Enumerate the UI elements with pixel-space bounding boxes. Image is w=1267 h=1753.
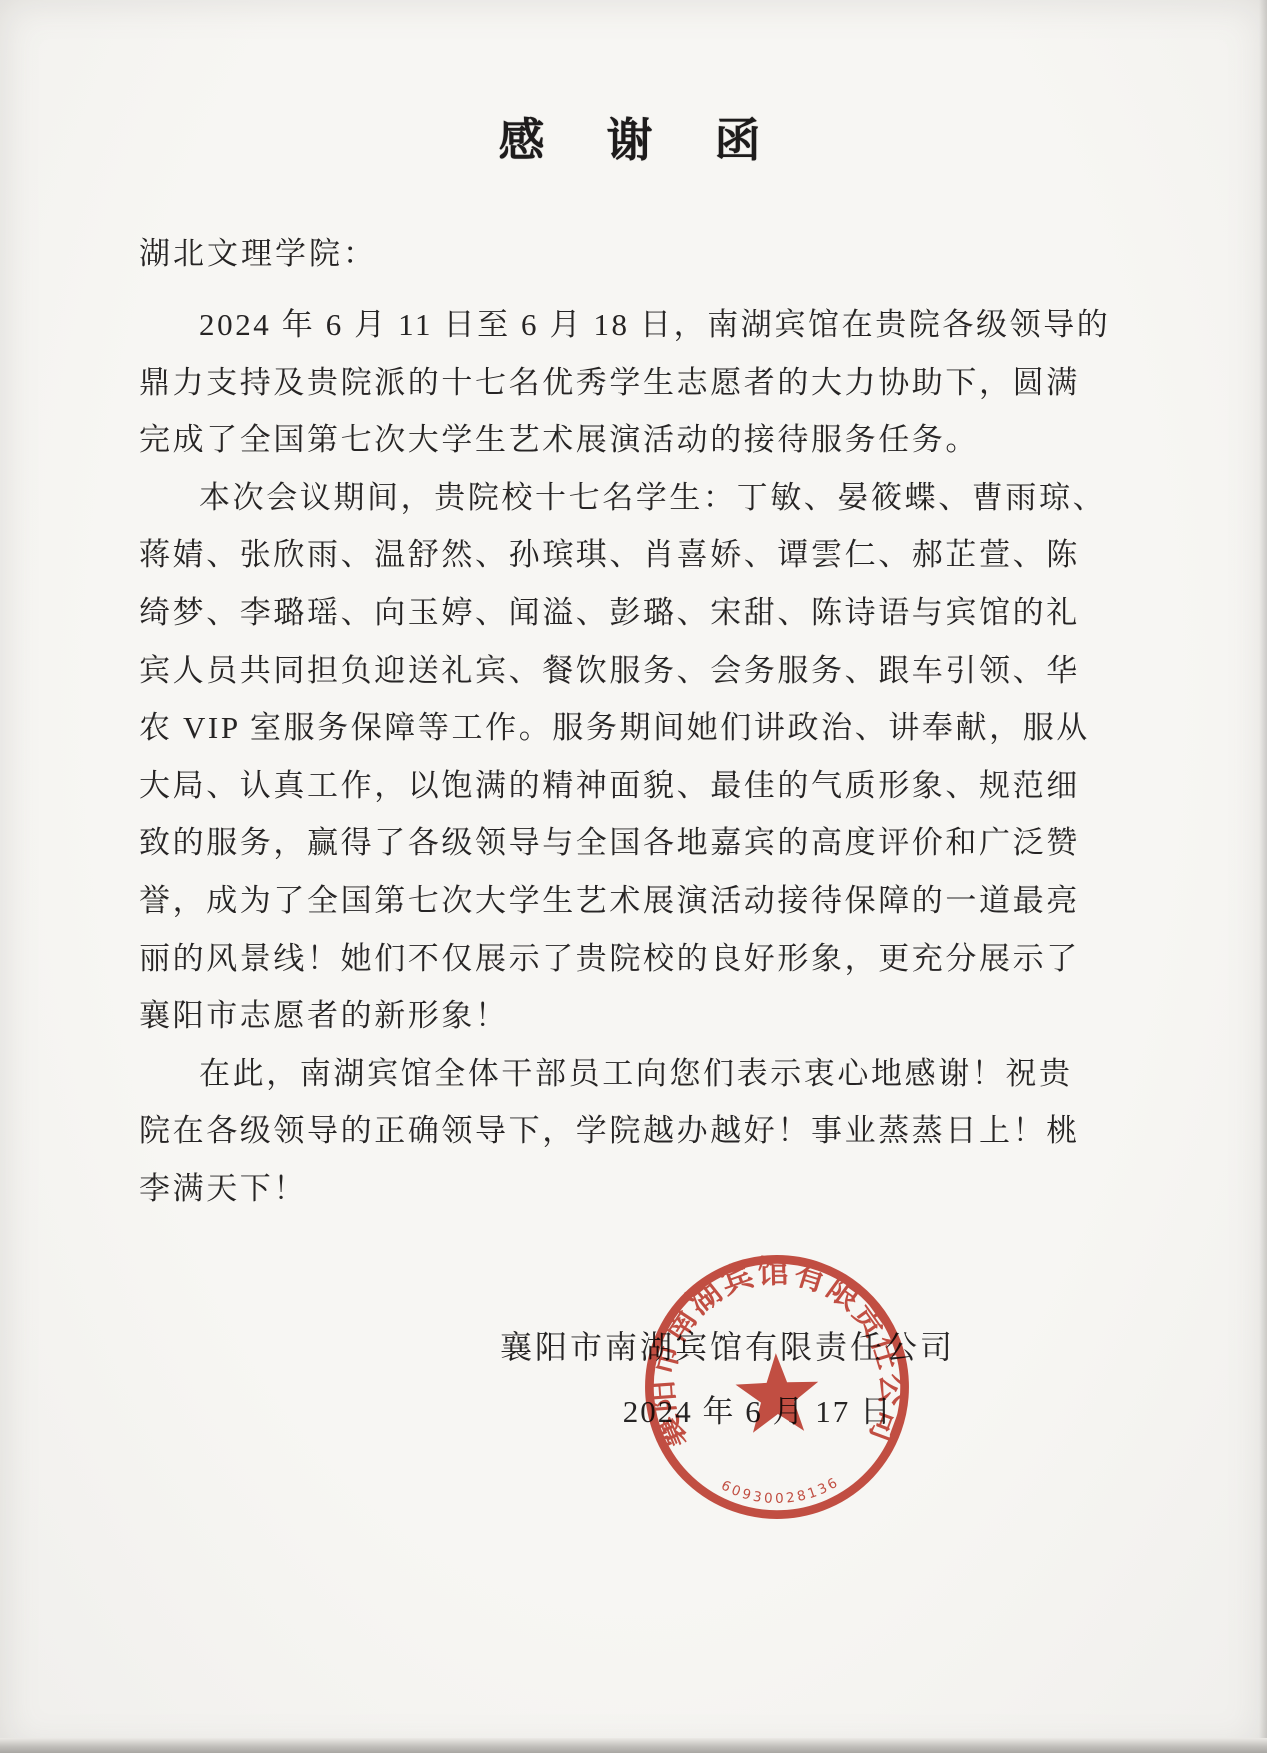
body-line: 蒋婧、张欣雨、温舒然、孙瑸琪、肖喜娇、谭雲仁、郝芷萱、陈 <box>139 526 1085 584</box>
signature-date-text: 2024 年 6 月 17 日 <box>623 1394 893 1429</box>
signature-company: 襄阳市南湖宾馆有限责任公司 <box>139 1322 1085 1368</box>
body-line: 鼎力支持及贵院派的十七名优秀学生志愿者的大力协助下，圆满 <box>139 354 1085 412</box>
scan-bottom-edge <box>0 1738 1267 1753</box>
seal-serial-number: 60930028136 <box>718 1473 843 1509</box>
letter-page: 感 谢 函 湖北文理学院： 2024 年 6 月 11 日至 6 月 18 日，… <box>0 0 1267 1753</box>
body-line: 绮梦、李璐瑶、向玉婷、闻溢、彭璐、宋甜、陈诗语与宾馆的礼 <box>139 584 1085 642</box>
body-line: 致的服务，赢得了各级领导与全国各地嘉宾的高度评价和广泛赞 <box>139 814 1085 872</box>
body-line: 2024 年 6 月 11 日至 6 月 18 日，南湖宾馆在贵院各级领导的 <box>139 296 1085 354</box>
body-line: 宾人员共同担负迎送礼宾、餐饮服务、会务服务、跟车引领、华 <box>139 642 1085 700</box>
signature-date: 2024 年 6 月 17 日 <box>139 1386 1085 1431</box>
body-line: 在此，南湖宾馆全体干部员工向您们表示衷心地感谢！祝贵 <box>139 1045 1085 1103</box>
letter-title: 感 谢 函 <box>0 104 1267 170</box>
body-line: 大局、认真工作，以饱满的精神面貌、最佳的气质形象、规范细 <box>139 757 1085 815</box>
salutation: 湖北文理学院： <box>139 228 377 273</box>
signature-company-text: 襄阳市南湖宾馆有限责任公司 <box>500 1329 955 1365</box>
body-line: 院在各级领导的正确领导下，学院越办越好！事业蒸蒸日上！桃 <box>139 1102 1085 1160</box>
body-line: 完成了全国第七次大学生艺术展演活动的接待服务任务。 <box>139 411 1085 469</box>
letter-body: 2024 年 6 月 11 日至 6 月 18 日，南湖宾馆在贵院各级领导的 鼎… <box>139 296 1085 1218</box>
scan-right-edge <box>1259 0 1267 1753</box>
svg-text:60930028136: 60930028136 <box>718 1473 843 1509</box>
body-line: 农 VIP 室服务保障等工作。服务期间她们讲政治、讲奉献，服从 <box>139 699 1085 757</box>
body-line: 本次会议期间，贵院校十七名学生：丁敏、晏筱蝶、曹雨琼、 <box>139 469 1085 527</box>
body-line: 丽的风景线！她们不仅展示了贵院校的良好形象，更充分展示了 <box>139 930 1085 988</box>
body-line: 襄阳市志愿者的新形象！ <box>139 987 1085 1045</box>
body-line: 李满天下！ <box>139 1160 1085 1218</box>
body-line: 誉，成为了全国第七次大学生艺术展演活动接待保障的一道最亮 <box>139 872 1085 930</box>
